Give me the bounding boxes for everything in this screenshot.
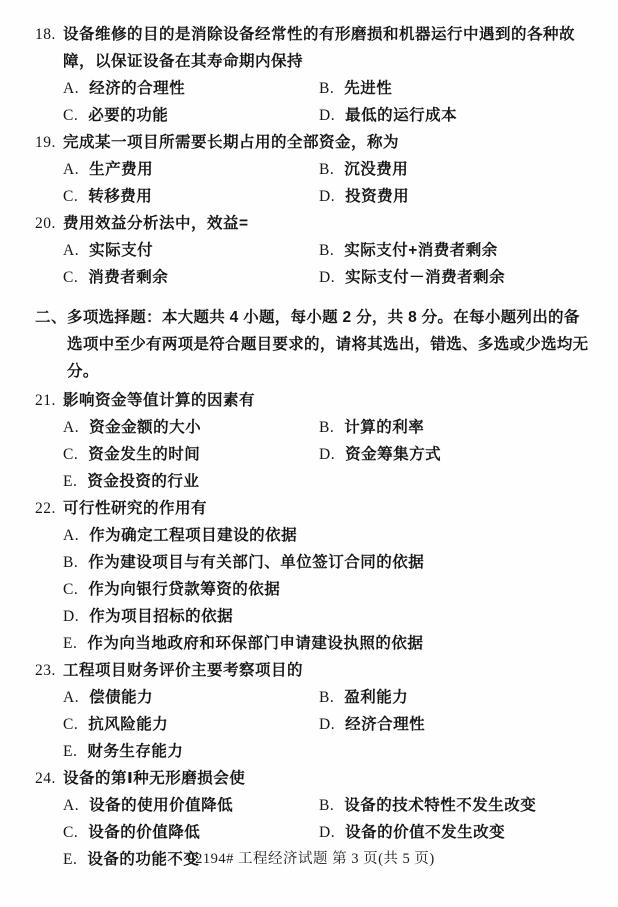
- options: A.资金金额的大小B.计算的利率C.资金发生的时间D.资金筹集方式E.资金投资的…: [63, 414, 590, 495]
- option-A: A.实际支付: [63, 237, 319, 264]
- option-label: D.: [319, 819, 335, 846]
- option-label: B.: [319, 414, 334, 441]
- option-text: 盈利能力: [344, 684, 408, 711]
- question-20: 20.费用效益分析法中，效益=A.实际支付B.实际支付+消费者剩余C.消费者剩余…: [35, 210, 590, 291]
- option-label: A.: [63, 792, 79, 819]
- option-text: 实际支付－消费者剩余: [345, 264, 505, 291]
- question-stem: 设备维修的目的是消除设备经常性的有形磨损和机器运行中遇到的各种故障，以保证设备在…: [63, 21, 590, 75]
- option-label: D.: [63, 603, 79, 630]
- option-text: 设备的使用价值降低: [89, 792, 233, 819]
- question-22: 22.可行性研究的作用有A.作为确定工程项目建设的依据B.作为建设项目与有关部门…: [35, 495, 590, 657]
- question-stem-row: 19.完成某一项目所需要长期占用的全部资金，称为: [35, 129, 590, 156]
- option-label: A.: [63, 684, 79, 711]
- option-text: 投资费用: [345, 183, 409, 210]
- option-label: B.: [319, 75, 334, 102]
- option-E: E.作为向当地政府和环保部门申请建设执照的依据: [63, 630, 590, 657]
- question-stem: 完成某一项目所需要长期占用的全部资金，称为: [63, 129, 590, 156]
- question-number: 19.: [35, 129, 63, 156]
- question-stem: 影响资金等值计算的因素有: [63, 387, 590, 414]
- section-instructions: 多项选择题：本大题共 4 小题，每小题 2 分，共 8 分。在每小题列出的备选项…: [67, 304, 590, 385]
- option-D: D.实际支付－消费者剩余: [319, 264, 590, 291]
- option-A: A.资金金额的大小: [63, 414, 319, 441]
- option-label: E.: [63, 738, 77, 765]
- option-text: 偿债能力: [89, 684, 153, 711]
- option-label: B.: [319, 237, 334, 264]
- options: A.实际支付B.实际支付+消费者剩余C.消费者剩余D.实际支付－消费者剩余: [63, 237, 590, 291]
- option-text: 财务生存能力: [87, 738, 183, 765]
- option-D: D.经济合理性: [319, 711, 590, 738]
- option-label: D.: [319, 264, 335, 291]
- blocks: 18.设备维修的目的是消除设备经常性的有形磨损和机器运行中遇到的各种故障，以保证…: [35, 21, 590, 873]
- option-text: 先进性: [344, 75, 392, 102]
- option-A: A.经济的合理性: [63, 75, 319, 102]
- option-B: B.计算的利率: [319, 414, 590, 441]
- question-stem: 费用效益分析法中，效益=: [63, 210, 590, 237]
- option-text: 作为项目招标的依据: [89, 603, 233, 630]
- option-text: 经济的合理性: [89, 75, 185, 102]
- option-text: 实际支付: [89, 237, 153, 264]
- option-text: 消费者剩余: [88, 264, 168, 291]
- option-B: B.沉没费用: [319, 156, 590, 183]
- option-text: 生产费用: [89, 156, 153, 183]
- options: A.经济的合理性B.先进性C.必要的功能D.最低的运行成本: [63, 75, 590, 129]
- option-B: B.先进性: [319, 75, 590, 102]
- option-text: 转移费用: [88, 183, 152, 210]
- option-D: D.最低的运行成本: [319, 102, 590, 129]
- option-text: 资金发生的时间: [88, 441, 200, 468]
- option-A: A.设备的使用价值降低: [63, 792, 319, 819]
- option-text: 作为建设项目与有关部门、单位签订合同的依据: [88, 549, 424, 576]
- question-stem-row: 21.影响资金等值计算的因素有: [35, 387, 590, 414]
- option-label: C.: [63, 102, 78, 129]
- question-21: 21.影响资金等值计算的因素有A.资金金额的大小B.计算的利率C.资金发生的时间…: [35, 387, 590, 495]
- question-number: 24.: [35, 765, 63, 792]
- question-number: 21.: [35, 387, 63, 414]
- question-stem: 可行性研究的作用有: [63, 495, 590, 522]
- option-text: 作为向当地政府和环保部门申请建设执照的依据: [87, 630, 423, 657]
- option-B: B.盈利能力: [319, 684, 590, 711]
- option-text: 设备的技术特性不发生改变: [344, 792, 536, 819]
- option-label: C.: [63, 576, 78, 603]
- question-stem-row: 24.设备的第Ⅰ种无形磨损会使: [35, 765, 590, 792]
- option-A: A.作为确定工程项目建设的依据: [63, 522, 590, 549]
- option-D: D.投资费用: [319, 183, 590, 210]
- option-D: D.作为项目招标的依据: [63, 603, 590, 630]
- option-D: D.设备的价值不发生改变: [319, 819, 590, 846]
- option-label: A.: [63, 414, 79, 441]
- scan-artifact-mark: ': [183, 849, 185, 859]
- option-text: 必要的功能: [88, 102, 168, 129]
- question-stem: 工程项目财务评价主要考察项目的: [63, 657, 590, 684]
- option-A: A.偿债能力: [63, 684, 319, 711]
- option-label: C.: [63, 819, 78, 846]
- option-label: E.: [63, 468, 77, 495]
- option-B: B.设备的技术特性不发生改变: [319, 792, 590, 819]
- question-23: 23.工程项目财务评价主要考察项目的A.偿债能力B.盈利能力C.抗风险能力D.经…: [35, 657, 590, 765]
- option-label: A.: [63, 237, 79, 264]
- option-text: 作为确定工程项目建设的依据: [89, 522, 297, 549]
- question-stem-row: 18.设备维修的目的是消除设备经常性的有形磨损和机器运行中遇到的各种故障，以保证…: [35, 21, 590, 75]
- option-text: 沉没费用: [344, 156, 408, 183]
- section-heading: 二、多项选择题：本大题共 4 小题，每小题 2 分，共 8 分。在每小题列出的备…: [35, 304, 590, 385]
- options: A.作为确定工程项目建设的依据B.作为建设项目与有关部门、单位签订合同的依据C.…: [63, 522, 590, 657]
- question-stem-row: 22.可行性研究的作用有: [35, 495, 590, 522]
- section-number: 二、: [35, 304, 67, 331]
- option-text: 设备的价值降低: [88, 819, 200, 846]
- option-B: B.实际支付+消费者剩余: [319, 237, 590, 264]
- option-label: D.: [319, 441, 335, 468]
- options: A.偿债能力B.盈利能力C.抗风险能力D.经济合理性E.财务生存能力: [63, 684, 590, 765]
- question-18: 18.设备维修的目的是消除设备经常性的有形磨损和机器运行中遇到的各种故障，以保证…: [35, 21, 590, 129]
- option-label: B.: [319, 156, 334, 183]
- option-label: A.: [63, 75, 79, 102]
- question-number: 20.: [35, 210, 63, 237]
- option-label: A.: [63, 522, 79, 549]
- option-text: 资金金额的大小: [89, 414, 201, 441]
- option-E: E.资金投资的行业: [63, 468, 319, 495]
- option-text: 经济合理性: [345, 711, 425, 738]
- option-D: D.资金筹集方式: [319, 441, 590, 468]
- option-A: A.生产费用: [63, 156, 319, 183]
- option-label: C.: [63, 183, 78, 210]
- option-label: D.: [319, 711, 335, 738]
- option-label: A.: [63, 156, 79, 183]
- option-C: C.消费者剩余: [63, 264, 319, 291]
- question-stem-row: 20.费用效益分析法中，效益=: [35, 210, 590, 237]
- option-text: 资金筹集方式: [345, 441, 441, 468]
- exam-content: 18.设备维修的目的是消除设备经常性的有形磨损和机器运行中遇到的各种故障，以保证…: [0, 0, 618, 873]
- exam-page: 18.设备维修的目的是消除设备经常性的有形磨损和机器运行中遇到的各种故障，以保证…: [0, 0, 618, 907]
- option-C: C.必要的功能: [63, 102, 319, 129]
- option-label: B.: [319, 684, 334, 711]
- option-C: C.抗风险能力: [63, 711, 319, 738]
- options: A.生产费用B.沉没费用C.转移费用D.投资费用: [63, 156, 590, 210]
- option-label: C.: [63, 711, 78, 738]
- option-E: E.财务生存能力: [63, 738, 319, 765]
- page-footer: '02194# 工程经济试题 第 3 页(共 5 页): [0, 847, 618, 868]
- question-stem-row: 23.工程项目财务评价主要考察项目的: [35, 657, 590, 684]
- option-label: D.: [319, 183, 335, 210]
- option-label: B.: [63, 549, 78, 576]
- option-text: 抗风险能力: [88, 711, 168, 738]
- option-C: C.作为向银行贷款筹资的依据: [63, 576, 590, 603]
- option-label: C.: [63, 264, 78, 291]
- question-19: 19.完成某一项目所需要长期占用的全部资金，称为A.生产费用B.沉没费用C.转移…: [35, 129, 590, 210]
- option-text: 资金投资的行业: [87, 468, 199, 495]
- question-stem: 设备的第Ⅰ种无形磨损会使: [63, 765, 590, 792]
- option-text: 设备的价值不发生改变: [345, 819, 505, 846]
- question-number: 22.: [35, 495, 63, 522]
- footer-text: 02194# 工程经济试题 第 3 页(共 5 页): [187, 851, 434, 867]
- option-C: C.设备的价值降低: [63, 819, 319, 846]
- option-label: C.: [63, 441, 78, 468]
- option-B: B.作为建设项目与有关部门、单位签订合同的依据: [63, 549, 590, 576]
- option-label: E.: [63, 630, 77, 657]
- option-text: 最低的运行成本: [345, 102, 457, 129]
- option-text: 计算的利率: [344, 414, 424, 441]
- option-label: D.: [319, 102, 335, 129]
- option-C: C.转移费用: [63, 183, 319, 210]
- option-label: B.: [319, 792, 334, 819]
- option-text: 实际支付+消费者剩余: [344, 237, 498, 264]
- question-number: 23.: [35, 657, 63, 684]
- option-C: C.资金发生的时间: [63, 441, 319, 468]
- option-text: 作为向银行贷款筹资的依据: [88, 576, 280, 603]
- question-number: 18.: [35, 21, 63, 48]
